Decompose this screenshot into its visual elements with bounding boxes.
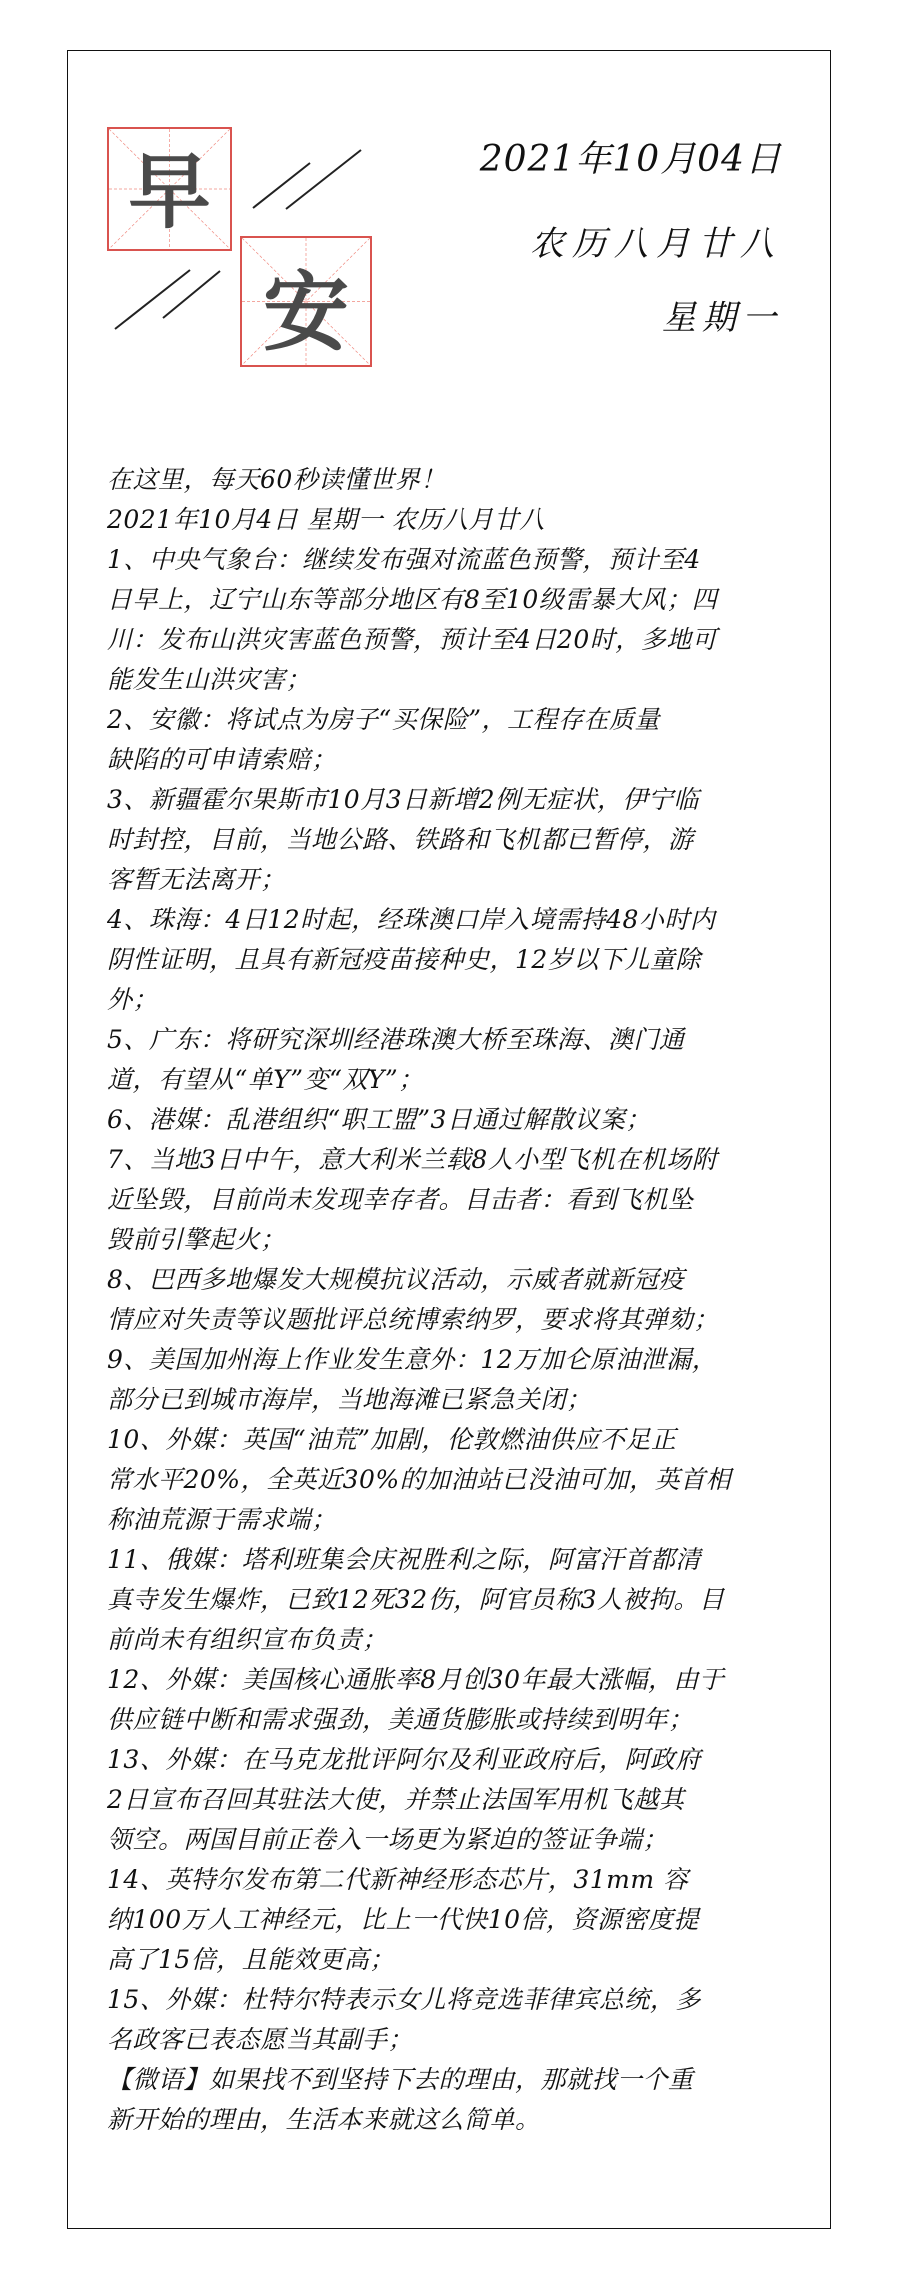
text-line: 真寺发生爆炸，已致12死32伤，阿官员称3人被拘。目 — [107, 1580, 797, 1620]
text-line: 供应链中断和需求强劲，美通货膨胀或持续到明年； — [107, 1700, 797, 1740]
text-line: 3、新疆霍尔果斯市10月3日新增2例无症状，伊宁临 — [107, 780, 797, 820]
text-line: 客暂无法离开； — [107, 860, 797, 900]
text-line: 15、外媒：杜特尔特表示女儿将竞选菲律宾总统，多 — [107, 1980, 797, 2020]
text-line: 川：发布山洪灾害蓝色预警，预计至4日20时，多地可 — [107, 620, 797, 660]
text-line: 能发生山洪灾害； — [107, 660, 797, 700]
text-line: 7、当地3日中午，意大利米兰载8人小型飞机在机场附 — [107, 1140, 797, 1180]
text-line: 新开始的理由，生活本来就这么简单。 — [107, 2100, 797, 2140]
text-line: 日早上，辽宁山东等部分地区有8至10级雷暴大风；四 — [107, 580, 797, 620]
text-line: 9、美国加州海上作业发生意外：12万加仑原油泄漏， — [107, 1340, 797, 1380]
text-line: 10、外媒：英国“油荒”加剧，伦敦燃油供应不足正 — [107, 1420, 797, 1460]
text-line: 时封控，目前，当地公路、铁路和飞机都已暂停，游 — [107, 820, 797, 860]
text-line: 缺陷的可申请索赔； — [107, 740, 797, 780]
text-line: 2日宣布召回其驻法大使，并禁止法国军用机飞越其 — [107, 1780, 797, 1820]
weekday: 星期一 — [480, 296, 782, 340]
text-line: 前尚未有组织宣布负责； — [107, 1620, 797, 1660]
text-line: 【微语】如果找不到坚持下去的理由，那就找一个重 — [107, 2060, 797, 2100]
greeting-char-an: 安 — [242, 238, 370, 365]
text-line: 道，有望从“单Y”变“双Y”； — [107, 1060, 797, 1100]
text-line: 11、俄媒：塔利班集会庆祝胜利之际，阿富汗首都清 — [107, 1540, 797, 1580]
text-line: 在这里，每天60秒读懂世界！ — [107, 460, 797, 500]
text-line: 高了15倍，且能效更高； — [107, 1940, 797, 1980]
greeting-char-zao: 早 — [109, 129, 230, 249]
text-line: 6、港媒：乱港组织“职工盟”3日通过解散议案； — [107, 1100, 797, 1140]
text-line: 2、安徽：将试点为房子“买保险”，工程存在质量 — [107, 700, 797, 740]
text-line: 14、英特尔发布第二代新神经形态芯片，31mm 容 — [107, 1860, 797, 1900]
text-line: 4、珠海：4日12时起，经珠澳口岸入境需持48小时内 — [107, 900, 797, 940]
news-body: 在这里，每天60秒读懂世界！2021年10月4日 星期一 农历八月廿八1、中央气… — [107, 460, 797, 2140]
text-line: 8、巴西多地爆发大规模抗议活动，示威者就新冠疫 — [107, 1260, 797, 1300]
text-line: 常水平20%，全英近30%的加油站已没油可加，英首相 — [107, 1460, 797, 1500]
text-line: 称油荒源于需求端； — [107, 1500, 797, 1540]
text-line: 近坠毁，目前尚未发现幸存者。目击者：看到飞机坠 — [107, 1180, 797, 1220]
lunar-date: 农历八月廿八 — [480, 222, 782, 266]
text-line: 2021年10月4日 星期一 农历八月廿八 — [107, 500, 797, 540]
text-line: 1、中央气象台：继续发布强对流蓝色预警，预计至4 — [107, 540, 797, 580]
gregorian-date: 2021年10月04日 — [480, 138, 782, 182]
text-line: 情应对失责等议题批评总统博索纳罗，要求将其弹劾； — [107, 1300, 797, 1340]
text-line: 外； — [107, 980, 797, 1020]
text-line: 13、外媒：在马克龙批评阿尔及利亚政府后，阿政府 — [107, 1740, 797, 1780]
text-line: 12、外媒：美国核心通胀率8月创30年最大涨幅，由于 — [107, 1660, 797, 1700]
text-line: 阴性证明，且具有新冠疫苗接种史，12岁以下儿童除 — [107, 940, 797, 980]
greeting-grid-box-zao: 早 — [107, 127, 232, 251]
greeting-grid-box-an: 安 — [240, 236, 372, 367]
text-line: 5、广东：将研究深圳经港珠澳大桥至珠海、澳门通 — [107, 1020, 797, 1060]
text-line: 纳100万人工神经元，比上一代快10倍，资源密度提 — [107, 1900, 797, 1940]
text-line: 领空。两国目前正卷入一场更为紧迫的签证争端； — [107, 1820, 797, 1860]
text-line: 部分已到城市海岸，当地海滩已紧急关闭； — [107, 1380, 797, 1420]
text-line: 名政客已表态愿当其副手； — [107, 2020, 797, 2060]
text-line: 毁前引擎起火； — [107, 1220, 797, 1260]
date-block: 2021年10月04日 农历八月廿八 星期一 — [480, 138, 782, 340]
